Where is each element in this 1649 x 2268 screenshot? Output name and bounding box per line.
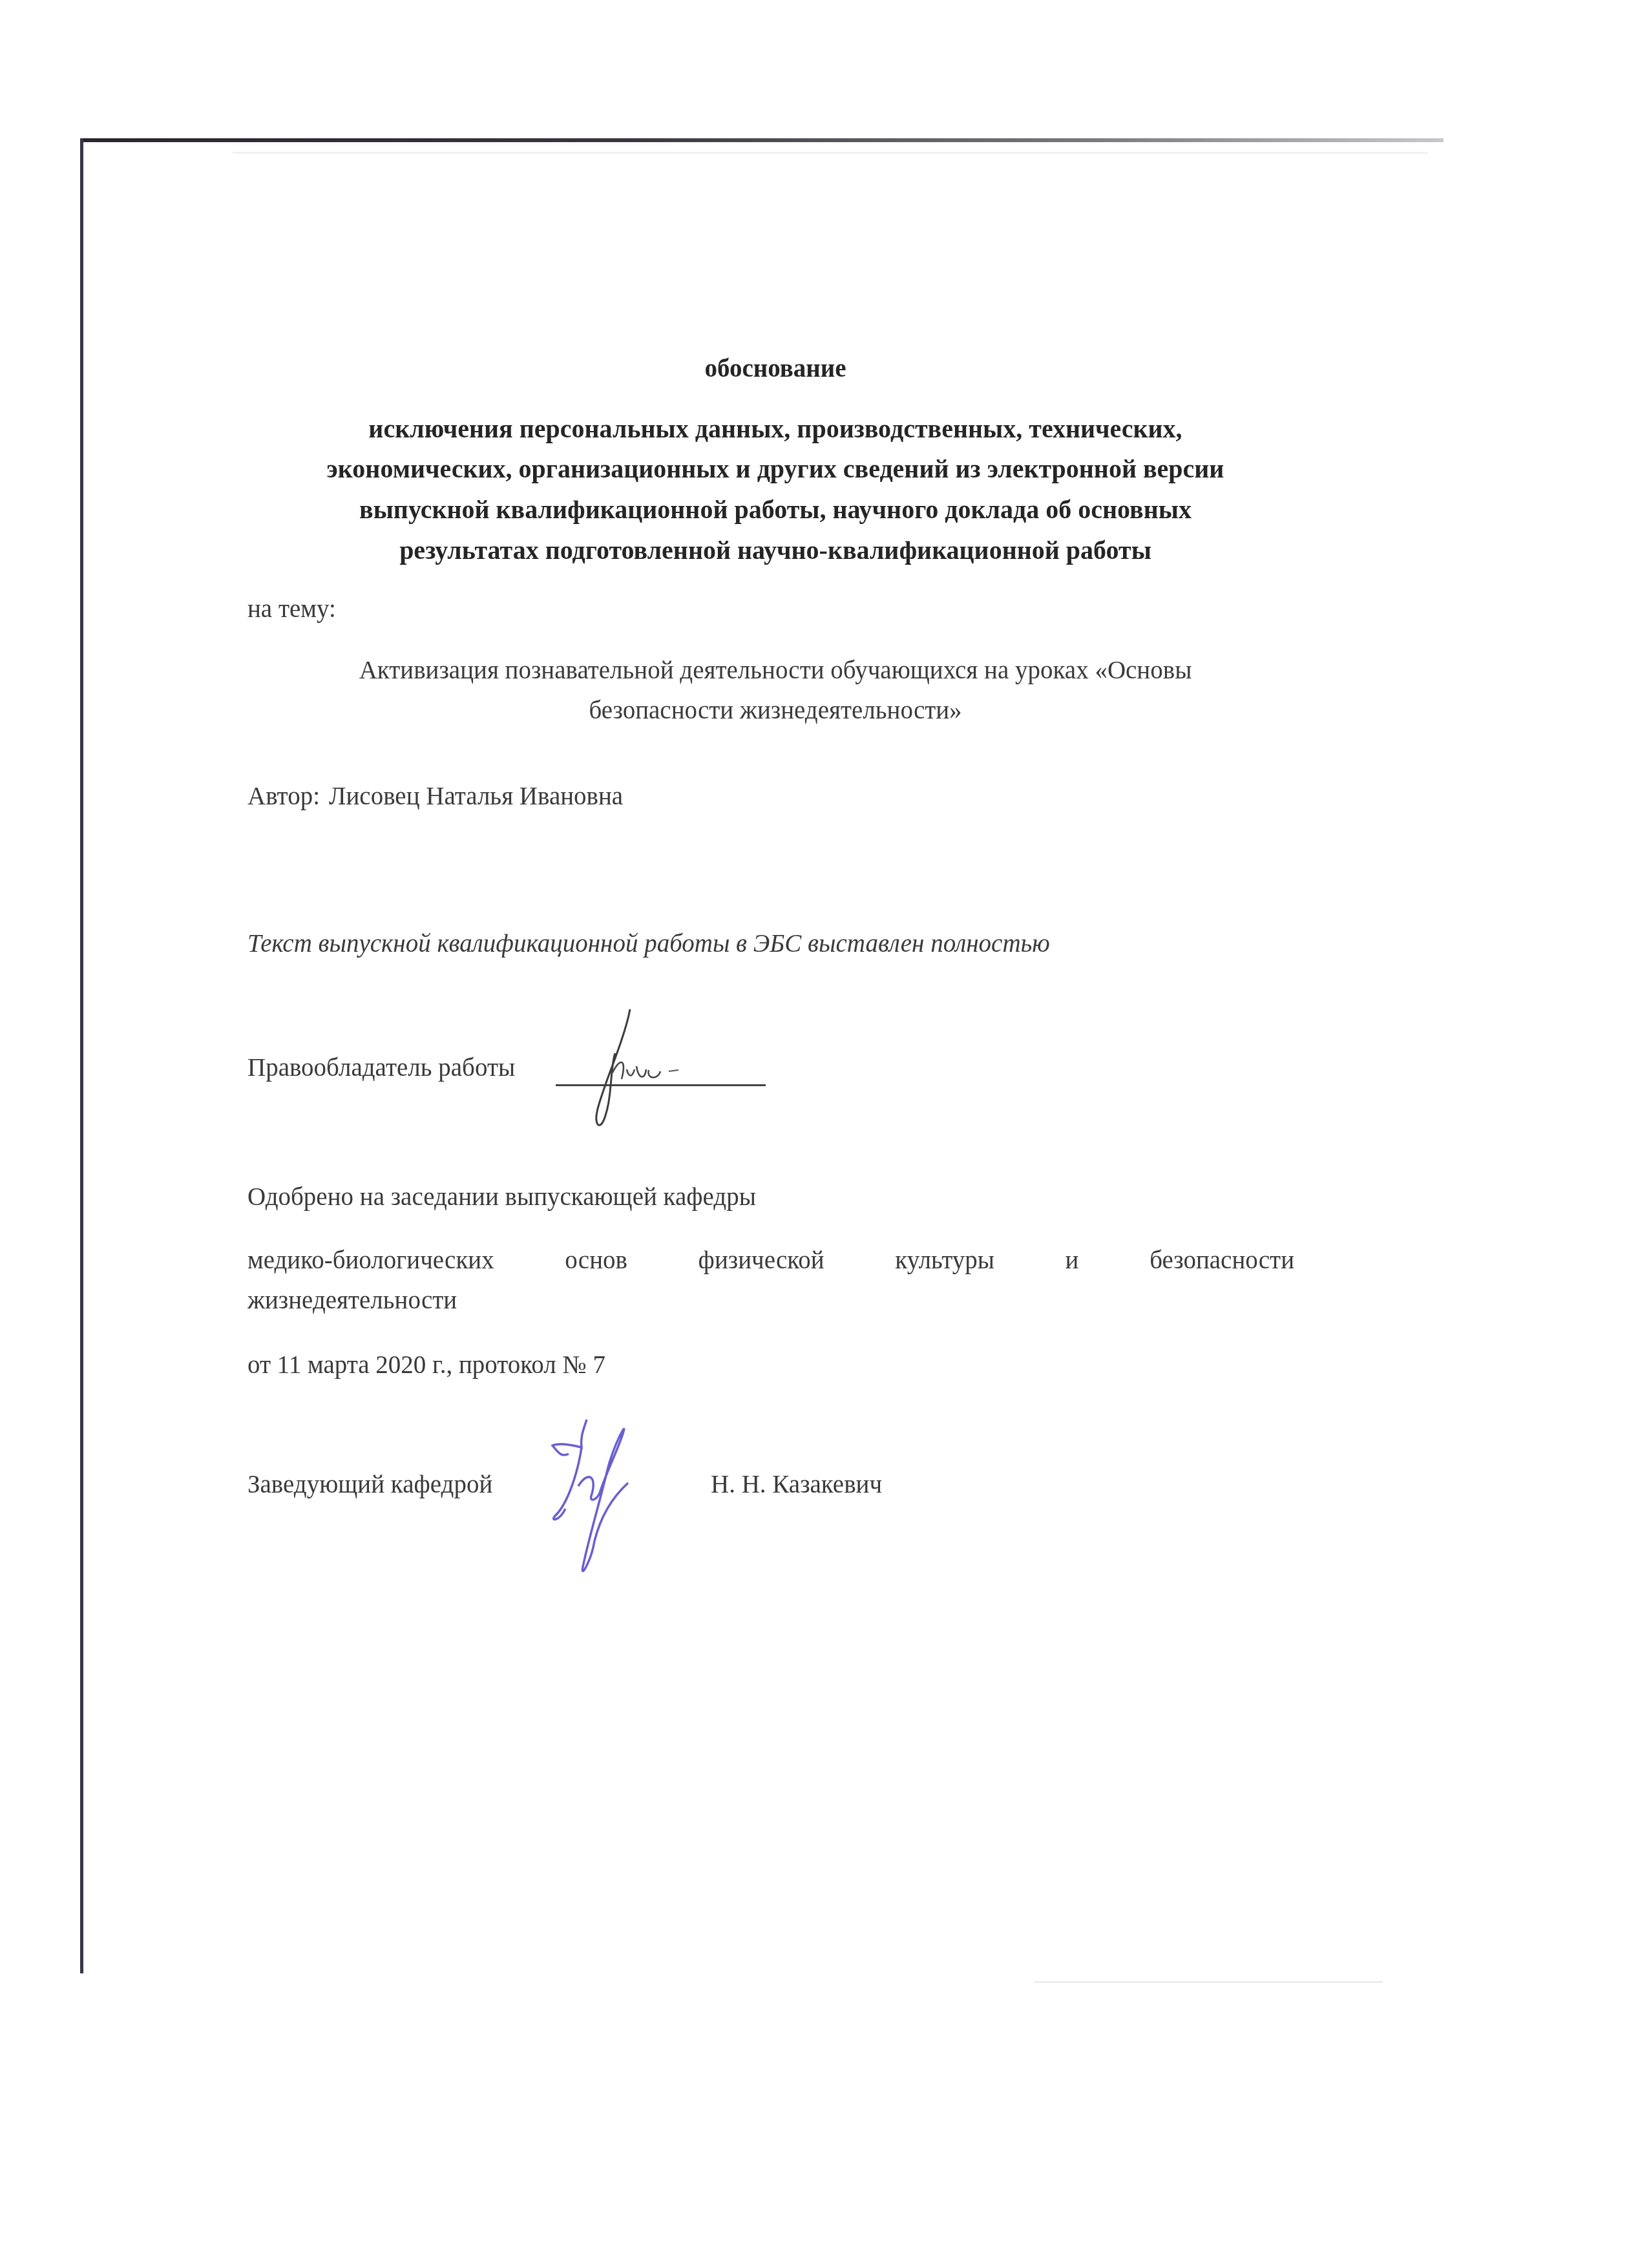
- title-line-3: выпускной квалификационной работы, научн…: [239, 494, 1312, 525]
- topic-line-2: безопасности жизнедеятельности»: [239, 696, 1312, 725]
- topic-line-1: Активизация познавательной деятельности …: [239, 656, 1312, 685]
- page-border-top: [80, 138, 1444, 142]
- approval-date-protocol: от 11 марта 2020 г., протокол № 7: [247, 1350, 605, 1380]
- document-heading: обоснование: [239, 354, 1312, 383]
- title-line-4: результатах подготовленной научно-квалиф…: [239, 535, 1312, 565]
- head-of-department-name: Н. Н. Казакевич: [711, 1470, 882, 1499]
- author-label: Автор:: [247, 782, 325, 811]
- topic-label: на тему:: [247, 594, 336, 624]
- author-row: Автор:Лисовец Наталья Ивановна: [247, 782, 623, 811]
- scan-artifact: [233, 152, 1428, 154]
- approval-label: Одобрено на заседании выпускающей кафедр…: [247, 1182, 756, 1212]
- scanned-document-page: обоснование исключения персональных данн…: [0, 0, 1649, 2268]
- department-name-line-1: медико-биологических основ физической ку…: [247, 1246, 1294, 1275]
- title-line-2: экономических, организационных и других …: [239, 454, 1312, 484]
- publication-note: Текст выпускной квалификационной работы …: [247, 929, 1050, 958]
- department-name-line-2: жизнедеятельности: [247, 1286, 457, 1315]
- head-of-department-label: Заведующий кафедрой: [247, 1470, 492, 1499]
- page-border-left: [80, 138, 83, 1973]
- rights-holder-label: Правообладатель работы: [247, 1053, 515, 1082]
- signature-icon: [582, 1008, 775, 1137]
- scan-artifact: [1034, 1981, 1383, 1983]
- title-line-1: исключения персональных данных, производ…: [239, 414, 1312, 444]
- signature-icon: [543, 1418, 698, 1580]
- author-name: Лисовец Наталья Ивановна: [329, 782, 623, 810]
